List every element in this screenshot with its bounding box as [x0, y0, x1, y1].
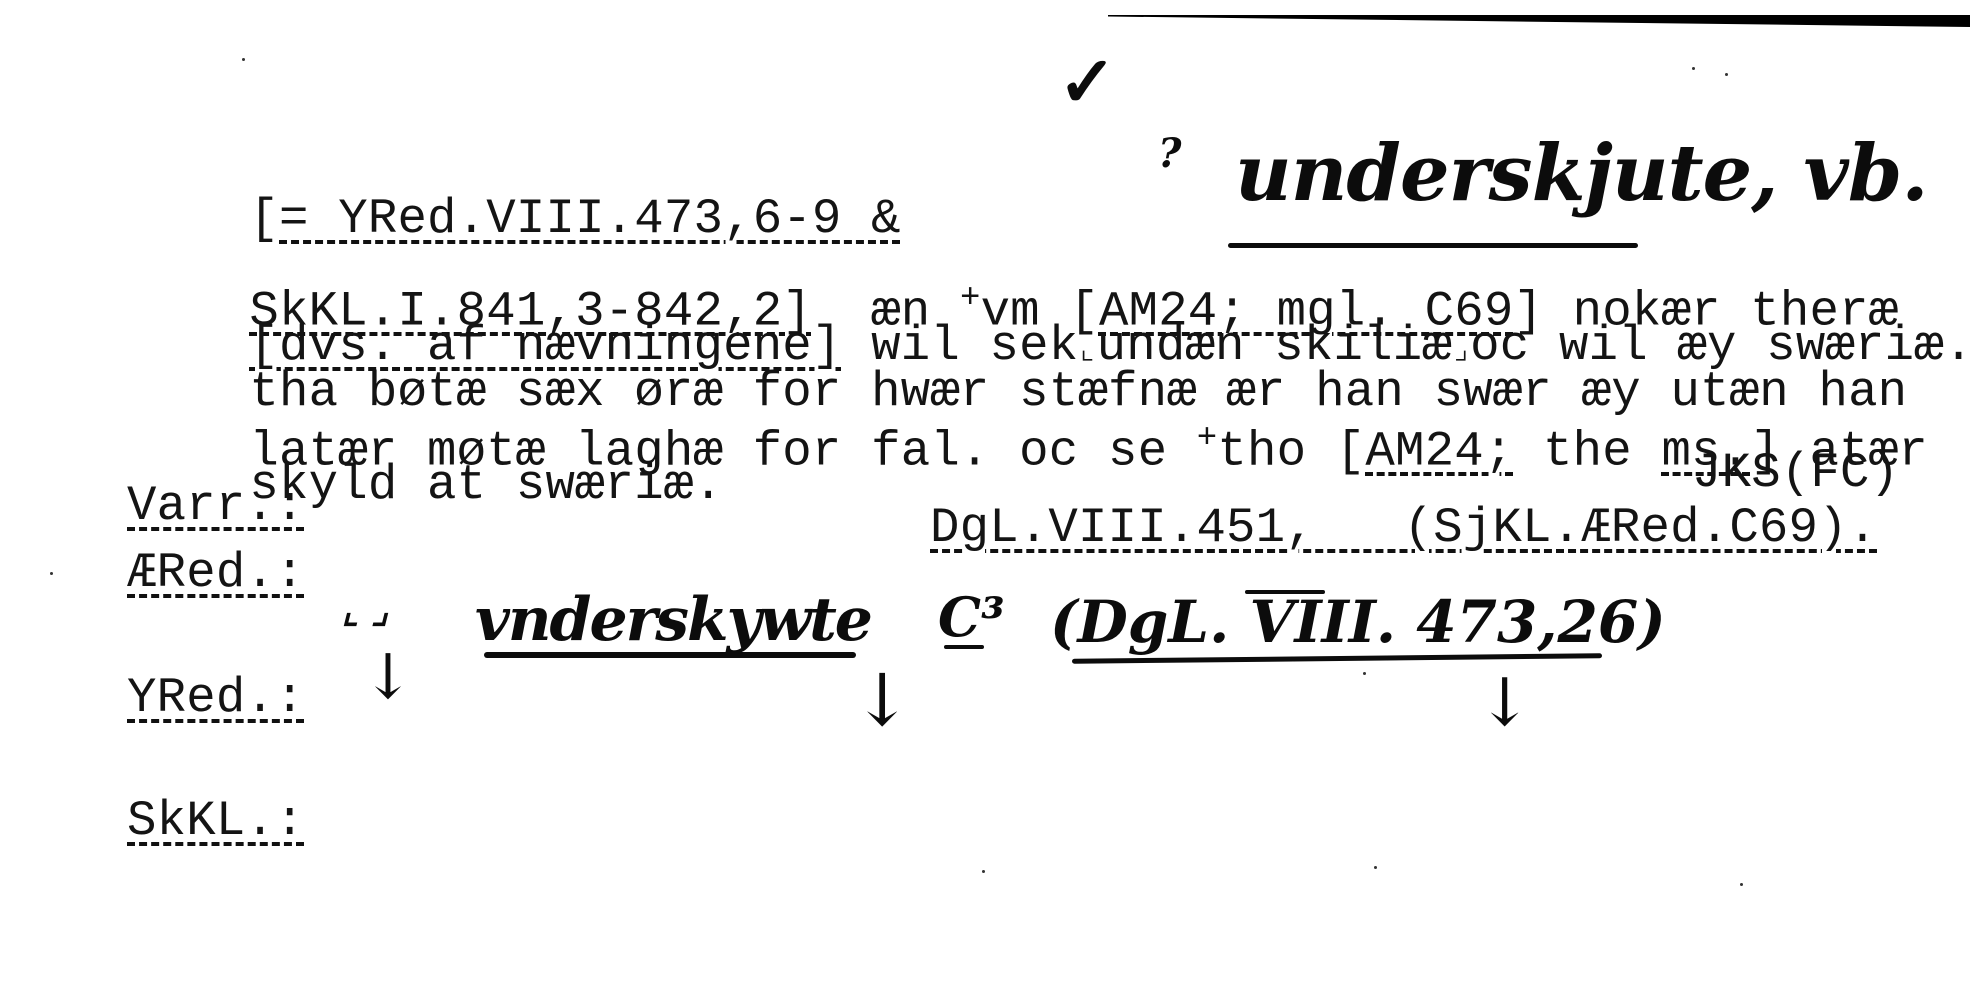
speck — [982, 870, 985, 873]
question-mark: ? — [1158, 130, 1181, 177]
siglum-underline — [944, 645, 984, 649]
variant-word-underline — [484, 652, 856, 658]
section-label-yred: YRed.: — [127, 675, 305, 721]
speck — [1363, 672, 1366, 675]
speck — [50, 572, 53, 575]
top-edge-rule — [1108, 13, 1970, 27]
speck — [1725, 73, 1728, 76]
plus-mark: + — [1197, 420, 1218, 458]
section-label-skkl: SkKL.: — [127, 798, 305, 844]
document-page: ✓ ? underskjute, vb. [= YRed.VIII.473,6-… — [0, 0, 1978, 991]
handwritten-siglum: C³ — [938, 585, 1005, 649]
headword-handwritten: underskjute, vb. — [1235, 128, 1928, 219]
speck — [1692, 67, 1695, 70]
roman-overline — [1245, 590, 1325, 594]
variant-reference: DgL.VIII.451, (SjKL.ÆRed.C69). — [930, 505, 1877, 551]
text: tho [ — [1217, 423, 1365, 479]
speck — [1740, 883, 1743, 886]
down-arrow-icon: ↓ — [1477, 664, 1532, 741]
ms-ref: AM24; — [1365, 423, 1513, 479]
speck — [242, 58, 245, 61]
signature: JKS(FC) — [1692, 450, 1899, 496]
check-mark-icon: ✓ — [1058, 40, 1117, 123]
handwritten-reference: (DgL. VIII. 473,26) — [1050, 588, 1666, 656]
section-label-varr: Varr.: — [127, 483, 305, 529]
text: skyld at swæriæ. — [249, 457, 723, 513]
speck — [1374, 866, 1377, 869]
down-arrow-icon: ↓ — [852, 658, 912, 742]
handwritten-variant-word: vnderskywte — [475, 585, 871, 655]
text: the — [1513, 423, 1661, 479]
down-arrow-icon: ↓ — [362, 640, 414, 713]
section-label-aered: ÆRed.: — [127, 550, 305, 596]
handwritten-brackets: ⌞ ⌟ — [342, 590, 388, 632]
